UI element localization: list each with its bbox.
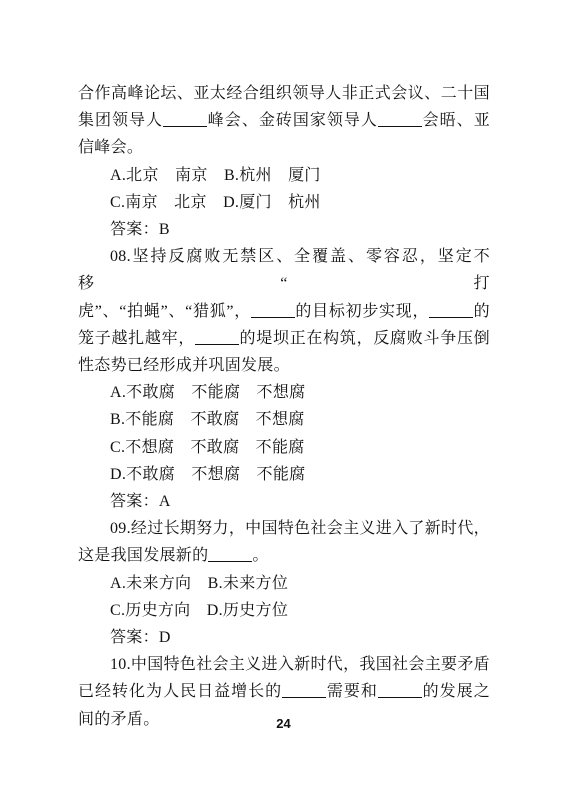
text-run: 答案：A (110, 493, 171, 510)
blank-underline (251, 317, 295, 318)
text-run: 答案：B (110, 221, 170, 238)
question-07-block: 合作高峰论坛、亚太经合组织领导人非正式会议、二十国 集团领导人峰会、金砖国家领导… (78, 80, 490, 243)
answer-line: 答案：D (78, 624, 490, 651)
text-run: 虎”、“拍蝇”、“猎狐”， (78, 303, 251, 320)
text-run: A.北京 南京 B.杭州 厦门 (110, 167, 321, 184)
text-run: 10.中国特色社会主义进入新时代，我国社会主要矛盾 (110, 656, 490, 673)
blank-underline (208, 561, 252, 562)
question-text-line: 09.经过长期努力，中国特色社会主义进入了新时代， (78, 515, 490, 542)
question-text-line: 虎”、“拍蝇”、“猎狐”，的目标初步实现，的 (78, 298, 490, 325)
text-run: C.南京 北京 D.厦门 杭州 (110, 194, 321, 211)
question-text-line: 性态势已经形成并巩固发展。 (78, 352, 490, 379)
text-run: 需要和 (326, 683, 378, 700)
text-run: A.不敢腐 不能腐 不想腐 (110, 384, 305, 401)
question-text-line: 笼子越扎越牢，的堤坝正在构筑，反腐败斗争压倒 (78, 325, 490, 352)
option-line: C.南京 北京 D.厦门 杭州 (78, 189, 490, 216)
text-run: 信峰会。 (78, 139, 143, 156)
option-line: D.不敢腐 不想腐 不能腐 (78, 461, 490, 488)
option-line: C.历史方向 D.历史方位 (78, 597, 490, 624)
question-text-line: 10.中国特色社会主义进入新时代，我国社会主要矛盾 (78, 651, 490, 678)
document-page: 合作高峰论坛、亚太经合组织领导人非正式会议、二十国 集团领导人峰会、金砖国家领导… (0, 0, 567, 793)
answer-line: 答案：B (78, 216, 490, 243)
text-run: 的 (473, 303, 490, 320)
question-08-block: 08.坚持反腐败无禁区、全覆盖、零容忍，坚定不移“打 虎”、“拍蝇”、“猎狐”，… (78, 243, 490, 515)
text-run: B.不能腐 不敢腐 不想腐 (110, 411, 305, 428)
option-line: A.不敢腐 不能腐 不想腐 (78, 379, 490, 406)
text-run: C.不想腐 不敢腐 不能腐 (110, 439, 305, 456)
page-number: 24 (0, 716, 567, 731)
text-run: A.未来方向 B.未来方位 (110, 575, 288, 592)
text-run: 集团领导人 (78, 112, 163, 129)
answer-line: 答案：A (78, 488, 490, 515)
question-text-line: 合作高峰论坛、亚太经合组织领导人非正式会议、二十国 (78, 80, 490, 107)
blank-underline (282, 697, 326, 698)
question-text-line: 集团领导人峰会、金砖国家领导人会晤、亚 (78, 107, 490, 134)
text-run: 的发展之 (422, 683, 490, 700)
text-run: 合作高峰论坛、亚太经合组织领导人非正式会议、二十国 (78, 85, 490, 102)
question-text-line: 08.坚持反腐败无禁区、全覆盖、零容忍，坚定不移“打 (78, 243, 490, 297)
page-body: 合作高峰论坛、亚太经合组织领导人非正式会议、二十国 集团领导人峰会、金砖国家领导… (78, 80, 490, 733)
question-text-line: 这是我国发展新的。 (78, 542, 490, 569)
option-line: A.未来方向 B.未来方位 (78, 570, 490, 597)
text-run: D.不敢腐 不想腐 不能腐 (110, 466, 305, 483)
text-run: 09.经过长期努力，中国特色社会主义进入了新时代， (110, 520, 490, 537)
blank-underline (195, 344, 239, 345)
text-run: 的目标初步实现， (295, 303, 429, 320)
text-run: 已经转化为人民日益增长的 (78, 683, 282, 700)
text-run: 性态势已经形成并巩固发展。 (78, 357, 290, 374)
blank-underline (378, 126, 422, 127)
text-run: 08.坚持反腐败无禁区、全覆盖、零容忍，坚定不移“打 (78, 248, 490, 292)
text-run: 的堤坝正在构筑，反腐败斗争压倒 (239, 330, 490, 347)
blank-underline (378, 697, 422, 698)
question-text-line: 信峰会。 (78, 134, 490, 161)
text-run: 笼子越扎越牢， (78, 330, 195, 347)
text-run: 。 (252, 547, 268, 564)
option-line: B.不能腐 不敢腐 不想腐 (78, 406, 490, 433)
text-run: 答案：D (110, 629, 171, 646)
question-text-line: 已经转化为人民日益增长的需要和的发展之 (78, 678, 490, 705)
text-run: 这是我国发展新的 (78, 547, 208, 564)
text-run: 峰会、金砖国家领导人 (207, 112, 378, 129)
blank-underline (163, 126, 207, 127)
text-run: C.历史方向 D.历史方位 (110, 602, 288, 619)
question-09-block: 09.经过长期努力，中国特色社会主义进入了新时代， 这是我国发展新的。 A.未来… (78, 515, 490, 651)
option-line: C.不想腐 不敢腐 不能腐 (78, 434, 490, 461)
option-line: A.北京 南京 B.杭州 厦门 (78, 162, 490, 189)
text-run: 会晤、亚 (422, 112, 490, 129)
blank-underline (429, 317, 473, 318)
